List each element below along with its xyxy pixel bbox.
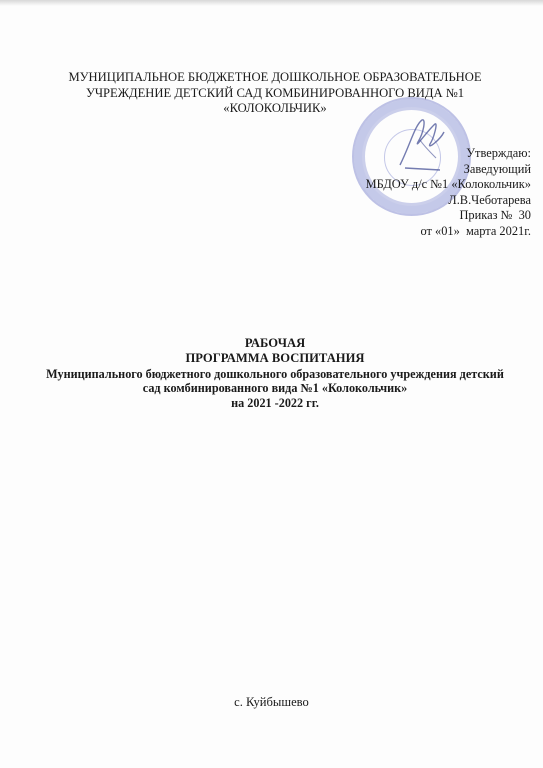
header-line: УЧРЕЖДЕНИЕ ДЕТСКИЙ САД КОМБИНИРОВАННОГО … xyxy=(40,86,510,102)
approval-org: МБДОУ д/с №1 «Колокольчик» xyxy=(366,177,531,193)
approval-date: от «01» марта 2021г. xyxy=(366,224,531,240)
approval-name: Л.В.Чеботарева xyxy=(366,193,531,209)
document-page: МУНИЦИПАЛЬНОЕ БЮДЖЕТНОЕ ДОШКОЛЬНОЕ ОБРАЗ… xyxy=(0,0,543,768)
header-line: МУНИЦИПАЛЬНОЕ БЮДЖЕТНОЕ ДОШКОЛЬНОЕ ОБРАЗ… xyxy=(40,70,510,86)
approval-block: Утверждаю: Заведующий МБДОУ д/с №1 «Коло… xyxy=(366,146,531,240)
title-line: на 2021 -2022 гг. xyxy=(20,396,530,411)
title-line: РАБОЧАЯ xyxy=(20,336,530,351)
approval-position: Заведующий xyxy=(366,162,531,178)
document-title: РАБОЧАЯ ПРОГРАММА ВОСПИТАНИЯ Муниципальн… xyxy=(20,336,530,411)
title-line: ПРОГРАММА ВОСПИТАНИЯ xyxy=(20,351,530,366)
approval-approve: Утверждаю: xyxy=(366,146,531,162)
place-footer: с. Куйбышево xyxy=(0,695,543,710)
approval-order: Приказ № 30 xyxy=(366,208,531,224)
scan-edge-shadow xyxy=(0,0,543,6)
title-line: сад комбинированного вида №1 «Колокольчи… xyxy=(20,381,530,396)
title-line: Муниципального бюджетного дошкольного об… xyxy=(20,367,530,382)
